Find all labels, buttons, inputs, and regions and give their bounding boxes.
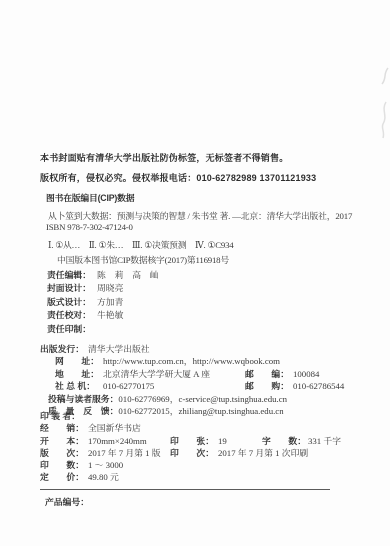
format-value: 170mm×240mm bbox=[88, 436, 147, 446]
publisher-label: 出版发行： bbox=[40, 343, 88, 355]
reader-service-label: 投稿与读者服务： bbox=[48, 393, 118, 405]
mailorder-value: 010-62786544 bbox=[293, 381, 344, 391]
staff-label: 责任印制： bbox=[47, 323, 97, 336]
cip-title-line: 从卜筮到大数据：预测与决策的智慧 / 朱书堂 著. —北京：清华大学出版社，20… bbox=[48, 211, 376, 222]
printrun-label: 印 数： bbox=[40, 459, 88, 471]
staff-row-cover-design: 封面设计：周晓亮 bbox=[47, 282, 159, 295]
staff-value: 牛艳敏 bbox=[97, 310, 123, 320]
staff-row-editor: 责任编辑：陈 莉 高 屾 bbox=[47, 269, 159, 282]
edition-label: 版 次： bbox=[40, 447, 88, 459]
address-label: 地 址： bbox=[55, 368, 103, 380]
impression-label: 印 次： bbox=[170, 447, 218, 459]
publisher-block: 出版发行：清华大学出版社 网 址：http://www.tup.com.cn，h… bbox=[40, 343, 370, 417]
production-row-price: 定 价：49.80 元 bbox=[40, 471, 370, 483]
price-value: 49.80 元 bbox=[88, 472, 119, 482]
impression-column: 印 次：2017 年 7 月第 1 次印刷 bbox=[170, 447, 308, 459]
wordcount-value: 331 千字 bbox=[308, 436, 341, 446]
staff-label: 责任编辑： bbox=[47, 269, 97, 282]
staff-value: 方加青 bbox=[97, 297, 123, 307]
distributor-value: 全国新华书店 bbox=[88, 423, 141, 433]
printer-label: 印 装 者： bbox=[40, 410, 88, 422]
staff-row-printing: 责任印制： bbox=[47, 323, 159, 336]
anti-piracy-notice: 本书封面贴有清华大学出版社防伪标签，无标签者不得销售。 版权所有，侵权必究。侵权… bbox=[40, 148, 316, 188]
distributor-label: 经 销： bbox=[40, 422, 88, 434]
impression-value: 2017 年 7 月第 1 次印刷 bbox=[218, 448, 308, 458]
product-number-label: 产品编号： bbox=[45, 495, 89, 508]
publisher-row-switchboard: 社 总 机：010-62770175 邮 购：010-62786544 bbox=[40, 380, 370, 392]
website-value: http://www.tup.com.cn，http://www.wqbook.… bbox=[103, 356, 280, 366]
divider-rule bbox=[40, 489, 330, 490]
copyright-page: 本书封面贴有清华大学出版社防伪标签，无标签者不得销售。 版权所有，侵权必究。侵权… bbox=[0, 0, 390, 546]
switchboard-label: 社 总 机： bbox=[55, 380, 103, 392]
website-label: 网 址： bbox=[55, 355, 103, 367]
postcode-value: 100084 bbox=[293, 369, 319, 379]
reader-service-value: 010-62776969，c-service@tup.tsinghua.edu.… bbox=[118, 394, 287, 404]
cip-record-line: 中国版本图书馆CIP数据核字(2017)第116918号 bbox=[57, 255, 376, 266]
postcode-label: 邮 编： bbox=[245, 368, 293, 380]
staff-value: 周晓亮 bbox=[97, 283, 123, 293]
wordcount-label: 字 数： bbox=[262, 435, 308, 447]
sheets-value: 19 bbox=[218, 436, 227, 446]
publisher-row-address: 地 址：北京清华大学学研大厦 A 座 邮 编：100084 bbox=[40, 368, 370, 380]
publisher-row-reader-service: 投稿与读者服务：010-62776969，c-service@tup.tsing… bbox=[40, 393, 370, 405]
format-label: 开 本： bbox=[40, 435, 88, 447]
scan-artifact-mark bbox=[376, 60, 390, 150]
notice-line-copyright: 版权所有，侵权必究。侵权举报电话：010-62782989 1370112193… bbox=[40, 168, 316, 188]
production-row-edition: 版 次：2017 年 7 月第 1 版 印 次：2017 年 7 月第 1 次印… bbox=[40, 447, 370, 459]
edition-value: 2017 年 7 月第 1 版 bbox=[88, 448, 161, 458]
publisher-name: 清华大学出版社 bbox=[88, 344, 150, 354]
postcode-column: 邮 编：100084 bbox=[245, 368, 319, 380]
staff-row-proofreader: 责任校对：牛艳敏 bbox=[47, 309, 159, 322]
cip-classification-line: Ⅰ. ①从… Ⅱ. ①朱… Ⅲ. ①决策预测 Ⅳ. ①C934 bbox=[48, 240, 376, 251]
staff-row-layout-design: 版式设计：方加青 bbox=[47, 296, 159, 309]
production-row-printrun: 印 数：1 ～ 3000 bbox=[40, 459, 370, 471]
notice-line-antifake: 本书封面贴有清华大学出版社防伪标签，无标签者不得销售。 bbox=[40, 148, 316, 168]
staff-label: 版式设计： bbox=[47, 296, 97, 309]
price-label: 定 价： bbox=[40, 471, 88, 483]
cip-isbn-line: ISBN 978-7-302-47124-0 bbox=[46, 222, 376, 233]
staff-value: 陈 莉 高 屾 bbox=[97, 270, 159, 280]
mailorder-column: 邮 购：010-62786544 bbox=[245, 380, 344, 392]
publisher-row-website: 网 址：http://www.tup.com.cn，http://www.wqb… bbox=[40, 355, 370, 367]
sheets-column: 印 张：19 bbox=[170, 435, 227, 447]
address-value: 北京清华大学学研大厦 A 座 bbox=[103, 369, 210, 379]
publisher-row-head: 出版发行：清华大学出版社 bbox=[40, 343, 370, 355]
staff-label: 责任校对： bbox=[47, 309, 97, 322]
production-block: 印 装 者： 经 销：全国新华书店 开 本：170mm×240mm 印 张：19… bbox=[40, 410, 370, 484]
staff-label: 封面设计： bbox=[47, 282, 97, 295]
production-row-distributor: 经 销：全国新华书店 bbox=[40, 422, 370, 434]
printrun-value: 1 ～ 3000 bbox=[88, 460, 123, 470]
wordcount-column: 字 数：331 千字 bbox=[262, 435, 341, 447]
mailorder-label: 邮 购： bbox=[245, 380, 293, 392]
production-row-printer: 印 装 者： bbox=[40, 410, 370, 422]
production-row-format: 开 本：170mm×240mm 印 张：19 字 数：331 千字 bbox=[40, 435, 370, 447]
cip-heading: 图书在版编目(CIP)数据 bbox=[46, 191, 376, 204]
sheets-label: 印 张： bbox=[170, 435, 218, 447]
switchboard-value: 010-62770175 bbox=[103, 381, 154, 391]
cip-block: 图书在版编目(CIP)数据 从卜筮到大数据：预测与决策的智慧 / 朱书堂 著. … bbox=[46, 191, 376, 266]
staff-credits: 责任编辑：陈 莉 高 屾 封面设计：周晓亮 版式设计：方加青 责任校对：牛艳敏 … bbox=[47, 269, 159, 336]
